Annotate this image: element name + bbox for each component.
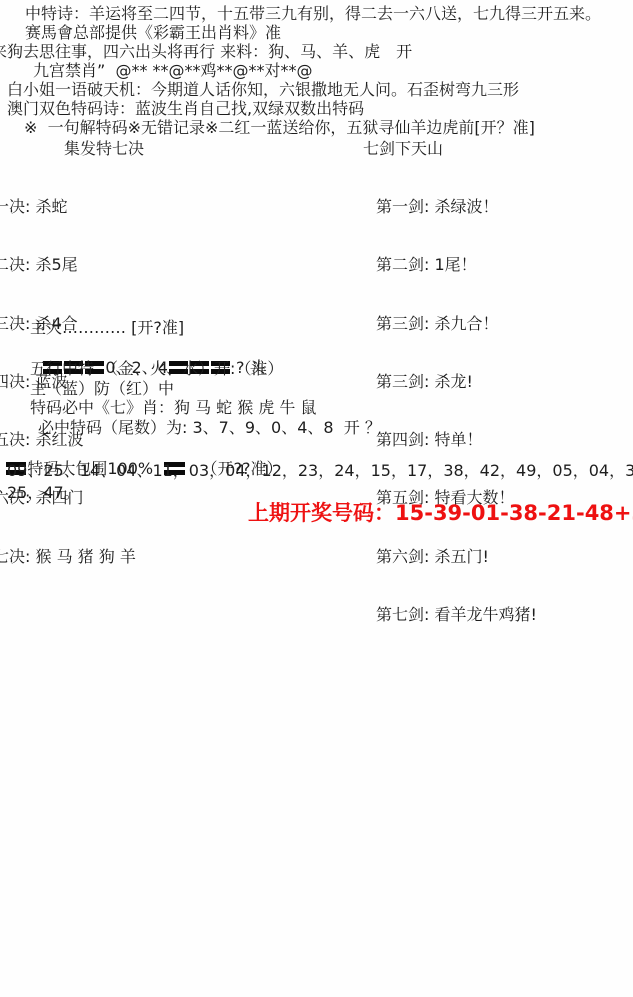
list-item: 一决: 杀蛇: [0, 197, 136, 217]
one-sentence-line: ※ 一句解特码※无错记录※二红一蓝送给你，五狱寻仙羊边虎前[开？准]: [24, 118, 535, 137]
left-column-title: 集发特七决: [64, 139, 144, 158]
wrap-numbers-row-1: 09、25、14、04、11，03，04，12，23，24，15，17，38，4…: [7, 461, 633, 480]
list-item: 第二剑: 1尾！: [376, 255, 537, 275]
list-item: 第一剑: 杀绿波！: [376, 197, 537, 217]
right-column-title: 七剑下天山: [363, 139, 443, 158]
list-item: 第三剑: 杀龙!: [376, 372, 537, 392]
nine-palace-line: 九宫禁肖” @** **@**鸡**@**对**@: [33, 61, 313, 80]
seven-zodiac-line: 特码必中《七》肖：狗 马 蛇 猴 虎 牛 鼠: [30, 398, 317, 417]
jockey-club-line: 赛馬會总部提供《彩霸王出肖料》准: [25, 23, 281, 42]
list-item: 第四剑: 特单！: [376, 430, 537, 450]
list-item: 二决: 杀5尾: [0, 255, 136, 275]
list-item: 第三剑: 杀九合！: [376, 314, 537, 334]
list-item: 第七剑: 看羊龙牛鸡猪!: [376, 605, 537, 625]
special-poem-line: 中特诗：羊运将至二四节，十五带三九有别，得二去一六八送，七九得三开五来。: [25, 4, 601, 23]
list-item: 第六剑: 杀五门!: [376, 547, 537, 567]
five-elements-line: 五行中特 （金、火、水）开:（准）: [30, 359, 283, 378]
white-lady-line: 白小姐一语破天机：今期道人话你知，六银撒地无人问。石歪树弯九三形: [7, 80, 519, 99]
last-draw-result: 上期开奖号码：15-39-01-38-21-48+35: [248, 501, 633, 526]
main-big-line: 主大………… [开?准]: [30, 318, 184, 337]
wrap-numbers-row-2: 25，47。: [7, 483, 80, 502]
right-column-list: 第一剑: 杀绿波！ 第二剑: 1尾！ 第三剑: 杀九合！ 第三剑: 杀龙! 第四…: [376, 159, 537, 663]
tip-sheet-page: 中特诗：羊运将至二四节，十五带三九有别，得二去一六八送，七九得三开五来。 赛馬會…: [0, 0, 633, 997]
macau-poem-line: 澳门双色特码诗：蓝波生肖自己找,双绿双数出特码: [7, 99, 364, 118]
blue-red-line: 主（蓝）防（红）中: [30, 379, 174, 398]
dog-verse-line: 来狗去思往事，四六出头将再行 来料：狗、马、羊、虎 开: [0, 42, 412, 61]
list-item: 七决: 猴 马 猪 狗 羊: [0, 547, 136, 567]
tail-numbers-line: 必中特码（尾数）为: 3、7、9、0、4、8 开 ？: [38, 418, 381, 437]
